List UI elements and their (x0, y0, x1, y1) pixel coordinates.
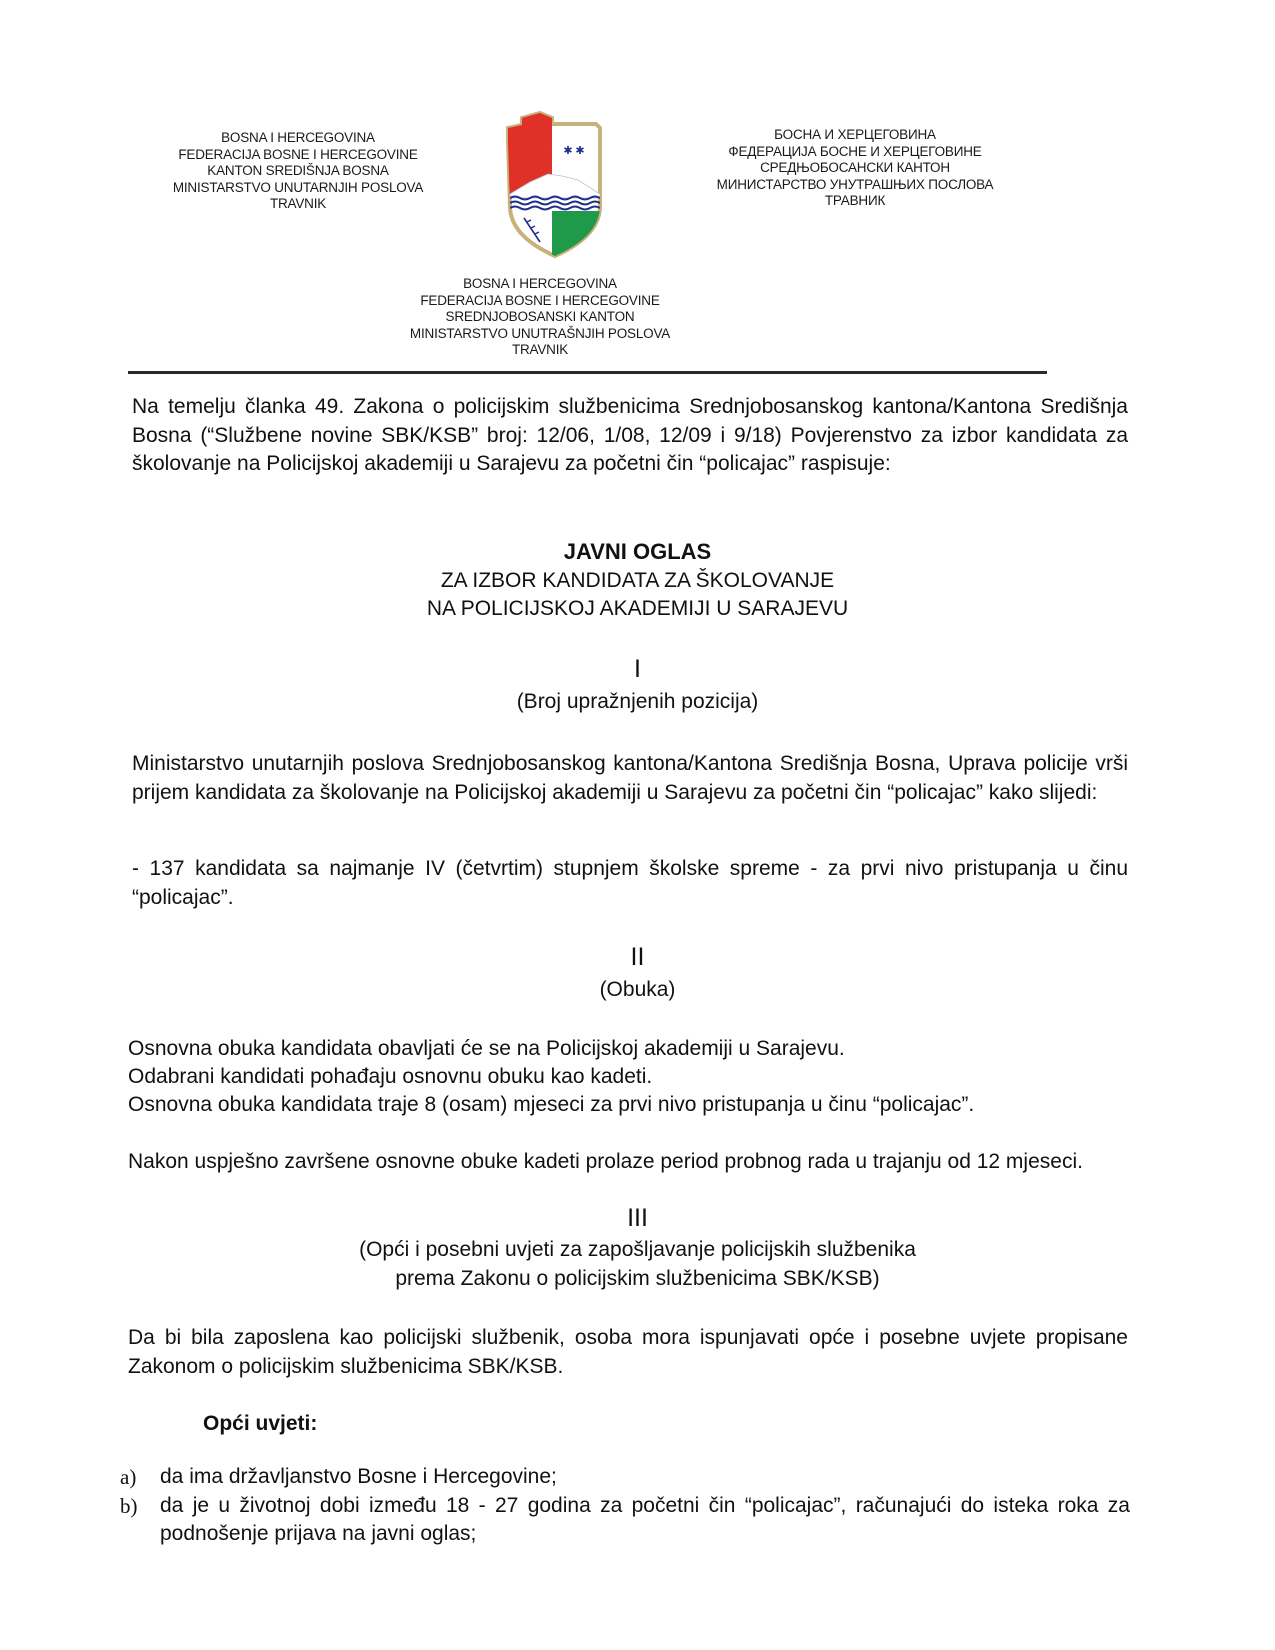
section-paragraph: Ministarstvo unutarnjih poslova Srednjob… (132, 750, 1128, 807)
header-line: ТРАВНИК (690, 193, 1020, 210)
section-number: I (0, 655, 1275, 684)
header-line: BOSNA I HERCEGOVINA (148, 130, 448, 147)
svg-text:✱: ✱ (575, 144, 584, 157)
header-line: БОСНА И ХЕРЦЕГОВИНА (690, 127, 1020, 144)
section-heading-line: prema Zakonu o policijskim službenicima … (0, 1265, 1275, 1294)
title-main: JAVNI OGLAS (0, 538, 1275, 567)
header-center-latin: BOSNA I HERCEGOVINA FEDERACIJA BOSNE I H… (390, 276, 690, 359)
header-line: МИНИСТАРСТВО УНУТРАШЊИХ ПОСЛОВА (690, 177, 1020, 194)
section-heading: (Broj upražnjenih pozicija) (0, 688, 1275, 717)
svg-text:✱: ✱ (563, 144, 572, 157)
section-heading: (Obuka) (0, 976, 1275, 1005)
section-paragraph: Da bi bila zaposlena kao policijski služ… (128, 1324, 1128, 1381)
coat-of-arms-icon: ✱ ✱ ✱ (500, 110, 610, 260)
header-line: TRAVNIK (390, 342, 690, 359)
title-line-2: ZA IZBOR KANDIDATA ZA ŠKOLOVANJE (0, 567, 1275, 596)
section-heading-line: (Opći i posebni uvjeti za zapošljavanje … (0, 1236, 1275, 1265)
header-line: MINISTARSTVO UNUTARNJIH POSLOVA (148, 180, 448, 197)
header-right-cyrillic: БОСНА И ХЕРЦЕГОВИНА ФЕДЕРАЦИЈА БОСНЕ И Х… (690, 127, 1020, 210)
header-line: BOSNA I HERCEGOVINA (390, 276, 690, 293)
header-line: KANTON SREDIŠNJA BOSNA (148, 163, 448, 180)
section-paragraph: - 137 kandidata sa najmanje IV (četvrtim… (132, 855, 1128, 912)
list-item: a) da ima državljanstvo Bosne i Hercegov… (120, 1463, 1130, 1492)
header-line: FEDERACIJA BOSNE I HERCEGOVINE (390, 293, 690, 310)
document-title: JAVNI OGLAS ZA IZBOR KANDIDATA ZA ŠKOLOV… (0, 538, 1275, 624)
header-line: SREDNJOBOSANSKI KANTON (390, 309, 690, 326)
section-paragraph: Nakon uspješno završene osnovne obuke ka… (128, 1148, 1128, 1177)
list-item-label: b) (120, 1492, 160, 1549)
section-paragraph: Osnovna obuka kandidata obavljati će se … (128, 1035, 1124, 1064)
list-item: b) da je u životnoj dobi između 18 - 27 … (120, 1492, 1130, 1549)
header-line: MINISTARSTVO UNUTRAŠNJIH POSLOVA (390, 326, 690, 343)
section-paragraph: Odabrani kandidati pohađaju osnovnu obuk… (128, 1063, 1124, 1092)
section-paragraph: Osnovna obuka kandidata traje 8 (osam) m… (128, 1091, 1128, 1120)
title-line-3: NA POLICIJSKOJ AKADEMIJI U SARAJEVU (0, 595, 1275, 624)
svg-text:✱: ✱ (551, 143, 561, 157)
intro-paragraph: Na temelju članka 49. Zakona o policijsk… (132, 393, 1128, 479)
header-line: ФЕДЕРАЦИЈА БОСНЕ И ХЕРЦЕГОВИНЕ (690, 144, 1020, 161)
header-line: TRAVNIK (148, 196, 448, 213)
header-line: FEDERACIJA BOSNE I HERCEGOVINE (148, 147, 448, 164)
section-heading: (Opći i posebni uvjeti za zapošljavanje … (0, 1236, 1275, 1293)
header-line: СРЕДЊОБОСАНСКИ КАНТОН (690, 160, 1020, 177)
list-item-text: da ima državljanstvo Bosne i Hercegovine… (160, 1463, 1130, 1492)
list-item-text: da je u životnoj dobi između 18 - 27 god… (160, 1492, 1130, 1549)
list-item-label: a) (120, 1463, 160, 1492)
subheading-general-conditions: Opći uvjeti: (203, 1410, 317, 1439)
section-number: III (0, 1204, 1275, 1233)
conditions-list: a) da ima državljanstvo Bosne i Hercegov… (120, 1463, 1130, 1549)
header-left-latin: BOSNA I HERCEGOVINA FEDERACIJA BOSNE I H… (148, 130, 448, 213)
section-number: II (0, 943, 1275, 972)
header-divider (128, 371, 1047, 374)
